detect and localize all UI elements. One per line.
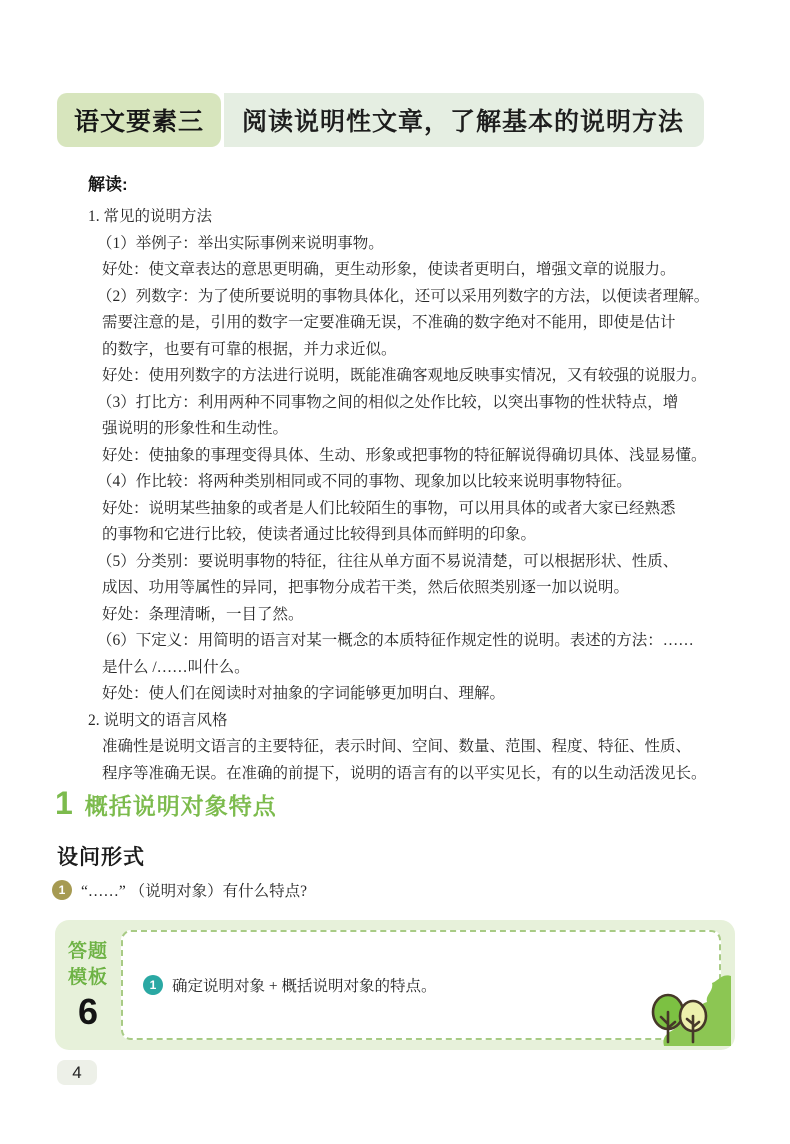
body-text-line: 需要注意的是，引用的数字一定要准确无误，不准确的数字绝对不能用，即使是估计 bbox=[102, 310, 718, 337]
body-text-line: （1）举例子：举出实际事例来说明事物。 bbox=[97, 231, 718, 258]
question-item: 1 “……” （说明对象）有什么特点? bbox=[52, 879, 307, 901]
body-text-line: 1. 常见的说明方法 bbox=[88, 204, 718, 231]
template-item: 1 确定说明对象 + 概括说明对象的特点。 bbox=[123, 974, 437, 996]
section-heading: 1 概括说明对象特点 bbox=[55, 785, 277, 822]
body-text-line: 2. 说明文的语言风格 bbox=[88, 708, 718, 735]
body-text-line: 好处：使用列数字的方法进行说明，既能准确客观地反映事实情况，又有较强的说服力。 bbox=[102, 363, 718, 390]
body-text-line: 准确性是说明文语言的主要特征，表示时间、空间、数量、范围、程度、特征、性质、 bbox=[102, 734, 718, 761]
question-form-heading: 设问形式 bbox=[57, 841, 145, 871]
section-number: 1 bbox=[55, 785, 73, 822]
body-text-line: 好处：使人们在阅读时对抽象的字词能够更加明白、理解。 bbox=[102, 681, 718, 708]
body-text-line: 强说明的形象性和生动性。 bbox=[102, 416, 718, 443]
template-item-text: 确定说明对象 + 概括说明对象的特点。 bbox=[172, 974, 437, 996]
question-text: “……” （说明对象）有什么特点? bbox=[81, 879, 307, 901]
interpretation-heading: 解读: bbox=[88, 170, 718, 195]
body-text-line: （6）下定义：用简明的语言对某一概念的本质特征作规定性的说明。表述的方法：…… bbox=[97, 628, 718, 655]
template-label-line1: 答题 bbox=[68, 939, 108, 965]
page-number-badge: 4 bbox=[57, 1060, 97, 1085]
body-text-line: （4）作比较：将两种类别相同或不同的事物、现象加以比较来说明事物特征。 bbox=[97, 469, 718, 496]
page-title: 阅读说明性文章，了解基本的说明方法 bbox=[224, 93, 704, 147]
answer-template-label: 答题 模板 6 bbox=[55, 920, 121, 1050]
page-header: 语文要素三 阅读说明性文章，了解基本的说明方法 bbox=[57, 93, 704, 147]
body-text-line: （3）打比方：利用两种不同事物之间的相似之处作比较，以突出事物的性状特点，增 bbox=[97, 390, 718, 417]
body-text-line: 好处：使抽象的事理变得具体、生动、形象或把事物的特征解说得确切具体、浅显易懂。 bbox=[102, 443, 718, 470]
interpretation-body: 1. 常见的说明方法（1）举例子：举出实际事例来说明事物。好处：使文章表达的意思… bbox=[88, 204, 718, 787]
trees-icon bbox=[639, 972, 731, 1046]
section-title: 概括说明对象特点 bbox=[85, 788, 277, 821]
circled-number-badge: 1 bbox=[143, 975, 163, 995]
template-number: 6 bbox=[78, 993, 98, 1031]
body-text-line: 成因、功用等属性的异同，把事物分成若干类，然后依照类别逐一加以说明。 bbox=[102, 575, 718, 602]
body-text-line: 程序等准确无误。在准确的前提下，说明的语言有的以平实见长，有的以生动活泼见长。 bbox=[102, 761, 718, 788]
body-text-line: 是什么 /……叫什么。 bbox=[102, 655, 718, 682]
template-dashed-panel: 1 确定说明对象 + 概括说明对象的特点。 bbox=[121, 930, 721, 1040]
header-unit-label: 语文要素三 bbox=[57, 93, 221, 147]
body-text-line: 好处：使文章表达的意思更明确，更生动形象，使读者更明白，增强文章的说服力。 bbox=[102, 257, 718, 284]
body-text-line: 的数字，也要有可靠的根据，并力求近似。 bbox=[102, 337, 718, 364]
circled-number-badge: 1 bbox=[52, 880, 72, 900]
template-label-line2: 模板 bbox=[68, 965, 108, 991]
body-text-line: 好处：说明某些抽象的或者是人们比较陌生的事物，可以用具体的或者大家已经熟悉 bbox=[102, 496, 718, 523]
answer-template-box: 答题 模板 6 1 确定说明对象 + 概括说明对象的特点。 bbox=[55, 920, 735, 1050]
interpretation-section: 解读: 1. 常见的说明方法（1）举例子：举出实际事例来说明事物。好处：使文章表… bbox=[88, 170, 718, 787]
body-text-line: （5）分类别：要说明事物的特征，往往从单方面不易说清楚，可以根据形状、性质、 bbox=[97, 549, 718, 576]
body-text-line: 好处：条理清晰，一目了然。 bbox=[102, 602, 718, 629]
body-text-line: （2）列数字：为了使所要说明的事物具体化，还可以采用列数字的方法，以便读者理解。 bbox=[97, 284, 718, 311]
textbook-page: 语文要素三 阅读说明性文章，了解基本的说明方法 解读: 1. 常见的说明方法（1… bbox=[0, 0, 790, 1144]
body-text-line: 的事物和它进行比较，使读者通过比较得到具体而鲜明的印象。 bbox=[102, 522, 718, 549]
